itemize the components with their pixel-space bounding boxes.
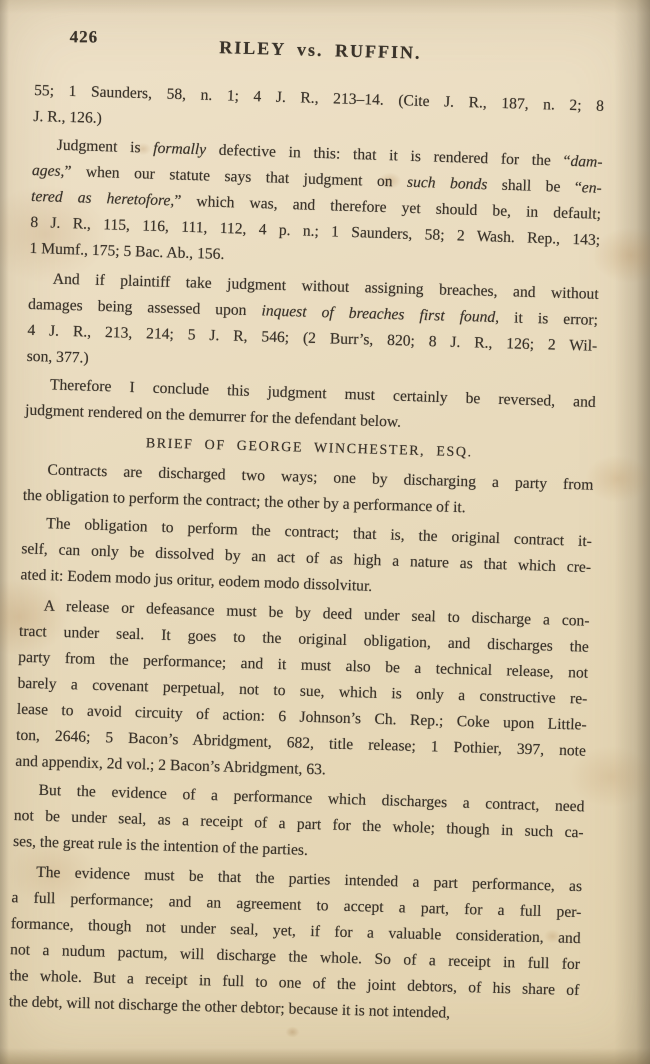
- book-page: 426 RILEY vs. RUFFIN. 55; 1 Saunders, 58…: [0, 0, 650, 1064]
- page-content: 426 RILEY vs. RUFFIN. 55; 1 Saunders, 58…: [8, 24, 606, 1034]
- text-segment: J. R., 126.): [33, 108, 102, 127]
- text-segment: Judgment is: [57, 137, 154, 157]
- page-header: 426 RILEY vs. RUFFIN.: [35, 24, 606, 80]
- text-segment: such bonds: [407, 174, 488, 194]
- text-segment: ages,: [32, 162, 65, 180]
- paragraph: A release or defeasance must be by deed …: [15, 593, 590, 791]
- paragraph: The obligation to perform the contract; …: [20, 510, 592, 607]
- running-head: RILEY vs. RUFFIN.: [35, 24, 606, 69]
- text-segment: son, 377.): [26, 348, 88, 367]
- text-segment: en-: [582, 179, 602, 197]
- text-segment: tered as heretofore,: [31, 188, 175, 209]
- text-segment: inquest of breaches first found: [261, 302, 495, 326]
- text-segment: , it is error;: [495, 309, 598, 329]
- text-segment: formally: [153, 140, 206, 159]
- text-segment: dam-: [570, 153, 603, 171]
- text-segment: shall be “: [487, 176, 582, 196]
- paragraph: But the evidence of a performance which …: [13, 777, 585, 872]
- paragraph: And if plaintiff take judgment without a…: [26, 266, 599, 386]
- text-segment: and appendix, 2d vol.; 2 Bacon’s Abridgm…: [15, 753, 326, 779]
- text-segment: ses, the great rule is the intention of …: [13, 833, 308, 859]
- page-number: 426: [70, 27, 99, 47]
- text-segment: damages being assessed upon: [28, 296, 262, 320]
- text-segment: 1 Mumf., 175; 5 Bac. Ab., 156.: [29, 240, 224, 263]
- paragraph: Judgment is formally defective in this: …: [29, 132, 603, 280]
- page-body: 55; 1 Saunders, 58, n. 1; 4 J. R., 213–1…: [8, 78, 604, 1031]
- paragraph: The evidence must be that the parties in…: [8, 859, 582, 1030]
